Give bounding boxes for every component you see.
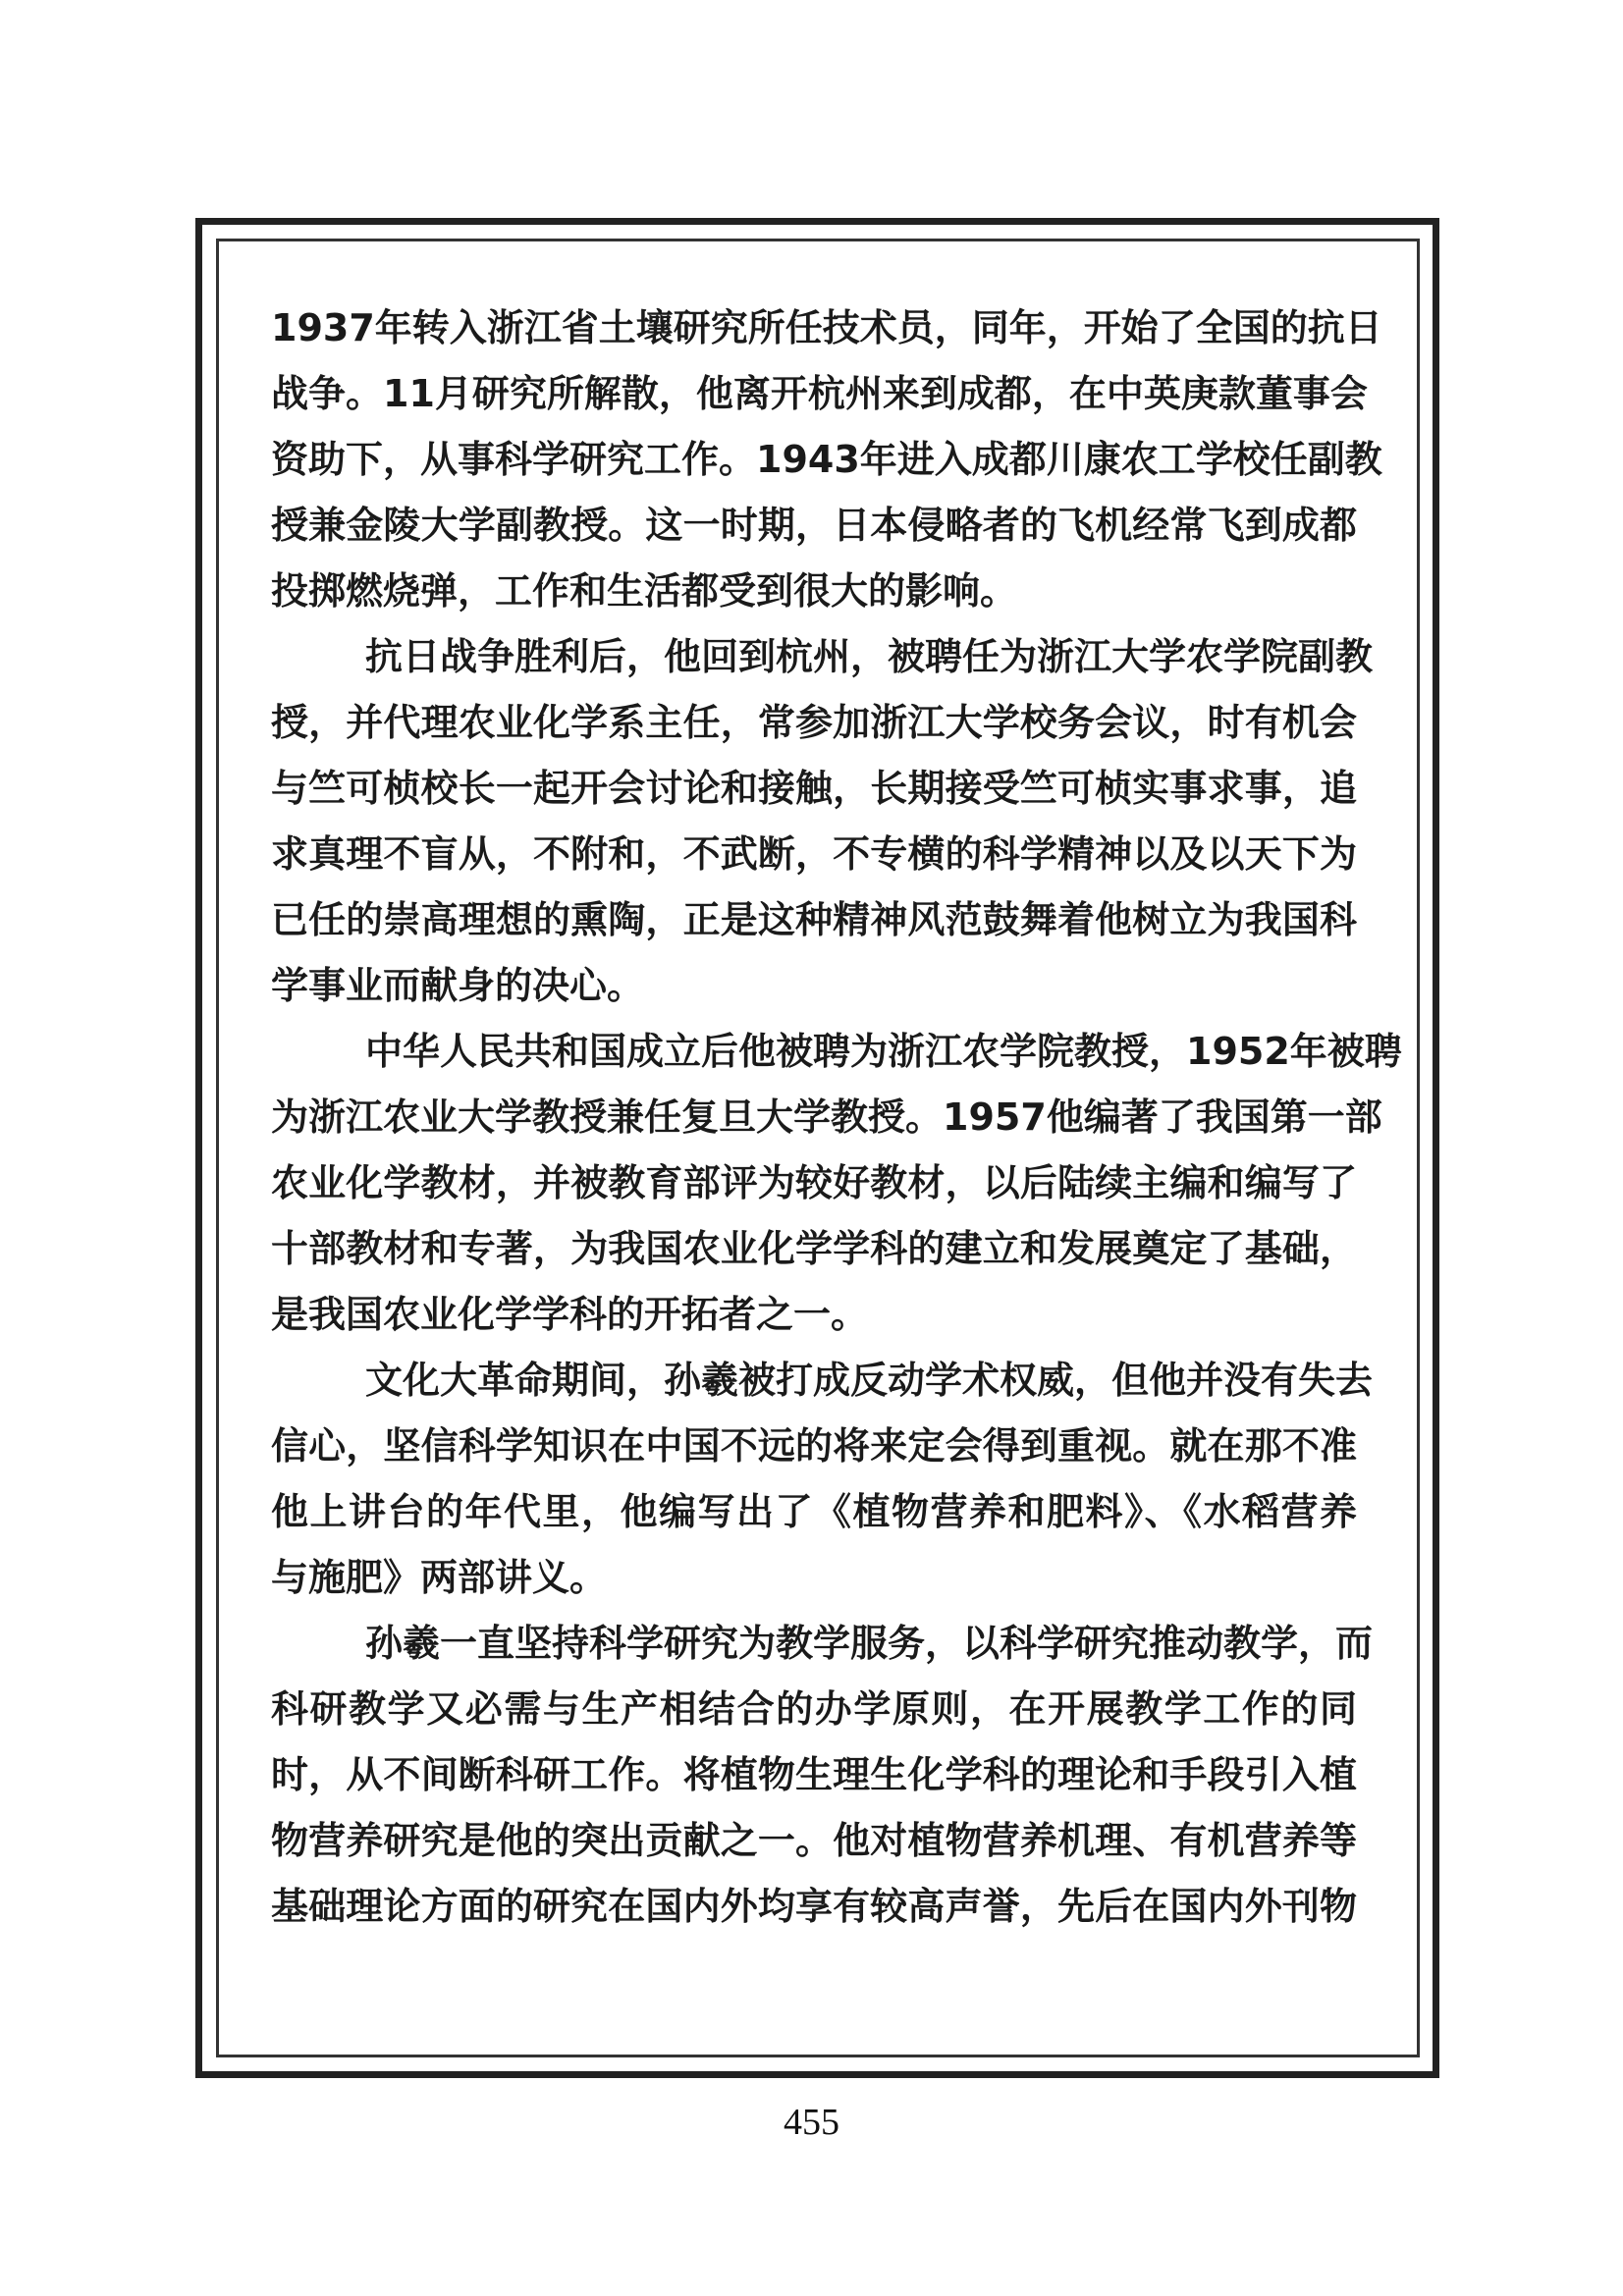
text-line: 中华人民共和国成立后他被聘为浙江农学院教授，1952年被聘: [271, 1026, 1357, 1092]
text-line: 已任的崇高理想的熏陶，正是这种精神风范鼓舞着他树立为我国科: [271, 894, 1357, 960]
text-line: 与施肥》两部讲义。: [271, 1552, 1357, 1618]
text-line: 孙羲一直坚持科学研究为教学服务，以科学研究推动教学，而: [271, 1618, 1357, 1683]
document-page: 1937年转入浙江省土壤研究所任技术员，同年，开始了全国的抗日战争。11月研究所…: [0, 0, 1623, 2296]
text-line: 农业化学教材，并被教育部评为较好教材，以后陆续主编和编写了: [271, 1157, 1357, 1223]
text-line: 基础理论方面的研究在国内外均享有较高声誉，先后在国内外刊物: [271, 1881, 1357, 1947]
text-line: 授兼金陵大学副教授。这一时期，日本侵略者的飞机经常飞到成都: [271, 500, 1357, 565]
text-line: 文化大革命期间，孙羲被打成反动学术权威，但他并没有失去: [271, 1355, 1357, 1420]
text-line: 投掷燃烧弹，工作和生活都受到很大的影响。: [271, 565, 1357, 631]
text-line: 与竺可桢校长一起开会讨论和接触，长期接受竺可桢实事求事，追: [271, 763, 1357, 828]
body-text: 1937年转入浙江省土壤研究所任技术员，同年，开始了全国的抗日战争。11月研究所…: [271, 302, 1357, 1947]
text-line: 时，从不间断科研工作。将植物生理生化学科的理论和手段引入植: [271, 1749, 1357, 1815]
text-line: 物营养研究是他的突出贡献之一。他对植物营养机理、有机营养等: [271, 1815, 1357, 1881]
text-line: 抗日战争胜利后，他回到杭州，被聘任为浙江大学农学院副教: [271, 631, 1357, 697]
text-line: 信心，坚信科学知识在中国不远的将来定会得到重视。就在那不准: [271, 1420, 1357, 1486]
text-line: 他上讲台的年代里，他编写出了《植物营养和肥料》、《水稻营养: [271, 1486, 1357, 1552]
text-line: 求真理不盲从，不附和，不武断，不专横的科学精神以及以天下为: [271, 828, 1357, 894]
text-line: 科研教学又必需与生产相结合的办学原则，在开展教学工作的同: [271, 1683, 1357, 1749]
page-number: 455: [0, 2101, 1623, 2144]
text-line: 学事业而献身的决心。: [271, 960, 1357, 1026]
text-line: 十部教材和专著，为我国农业化学学科的建立和发展奠定了基础，: [271, 1223, 1357, 1289]
text-line: 是我国农业化学学科的开拓者之一。: [271, 1289, 1357, 1355]
text-line: 战争。11月研究所解散，他离开杭州来到成都，在中英庚款董事会: [271, 368, 1357, 434]
text-line: 1937年转入浙江省土壤研究所任技术员，同年，开始了全国的抗日: [271, 302, 1357, 368]
text-line: 为浙江农业大学教授兼任复旦大学教授。1957他编著了我国第一部: [271, 1092, 1357, 1157]
text-line: 授，并代理农业化学系主任，常参加浙江大学校务会议，时有机会: [271, 697, 1357, 763]
text-line: 资助下，从事科学研究工作。1943年进入成都川康农工学校任副教: [271, 434, 1357, 500]
